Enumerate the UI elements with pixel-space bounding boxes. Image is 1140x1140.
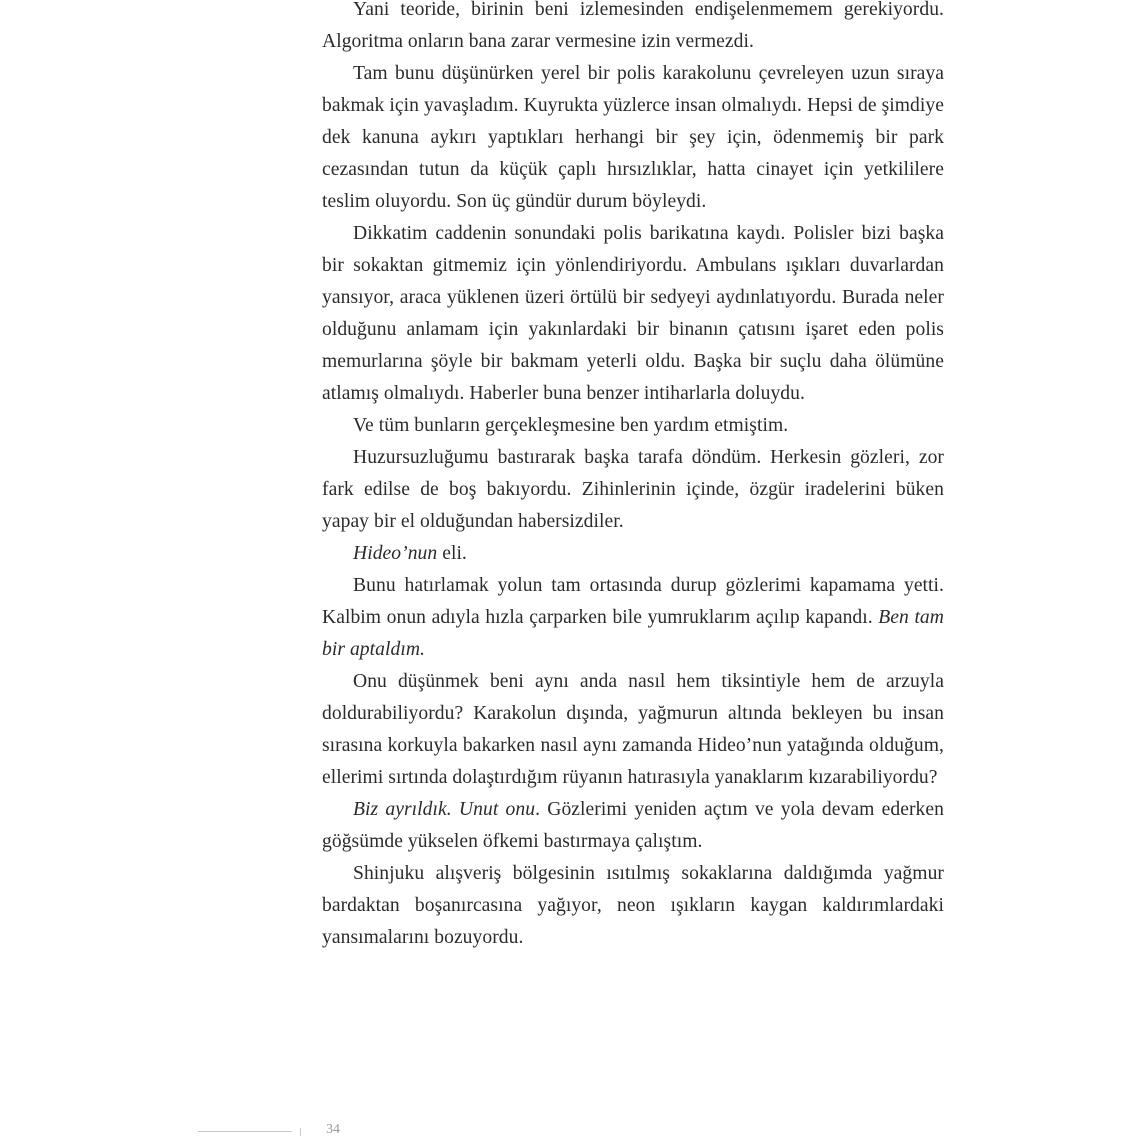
- paragraph-text: Tam bunu düşünürken yerel bir polis kara…: [322, 63, 944, 212]
- paragraph-text: Onu düşünmek beni aynı anda nasıl hem ti…: [322, 671, 944, 788]
- paragraph-text: Ve tüm bunların gerçekleşmesine ben yard…: [353, 415, 788, 436]
- footer-divider: [300, 1128, 301, 1136]
- paragraph-text: Yani teoride, birinin beni izlemesinden …: [322, 0, 944, 52]
- book-page-body: Yani teoride, birinin beni izlemesinden …: [322, 0, 944, 954]
- paragraph: Bunu hatırlamak yolun tam ortasında duru…: [322, 570, 944, 666]
- footer-rule: [198, 1131, 292, 1132]
- paragraph: Hideo’nun eli.: [322, 538, 944, 570]
- paragraph-text: eli.: [437, 543, 467, 564]
- paragraph: Yani teoride, birinin beni izlemesinden …: [322, 0, 944, 58]
- paragraph-text: Shinjuku alışveriş bölgesinin ısıtılmış …: [322, 863, 944, 948]
- paragraph: Onu düşünmek beni aynı anda nasıl hem ti…: [322, 666, 944, 794]
- paragraph: Shinjuku alışveriş bölgesinin ısıtılmış …: [322, 858, 944, 954]
- paragraph-text: Dikkatim caddenin sonundaki polis barika…: [322, 223, 944, 404]
- paragraph-text: Huzursuzluğumu bastırarak başka tarafa d…: [322, 447, 944, 532]
- paragraph: Huzursuzluğumu bastırarak başka tarafa d…: [322, 442, 944, 538]
- page-number: 34: [326, 1121, 340, 1139]
- paragraph: Tam bunu düşünürken yerel bir polis kara…: [322, 58, 944, 218]
- paragraph-text: Bunu hatırlamak yolun tam ortasında duru…: [322, 575, 944, 628]
- paragraph: Dikkatim caddenin sonundaki polis barika…: [322, 218, 944, 410]
- paragraph: Ve tüm bunların gerçekleşmesine ben yard…: [322, 410, 944, 442]
- italic-text: Hideo’nun: [353, 543, 437, 564]
- paragraph: Biz ayrıldık. Unut onu. Gözlerimi yenide…: [322, 794, 944, 858]
- italic-text: Biz ayrıldık. Unut onu: [353, 799, 535, 820]
